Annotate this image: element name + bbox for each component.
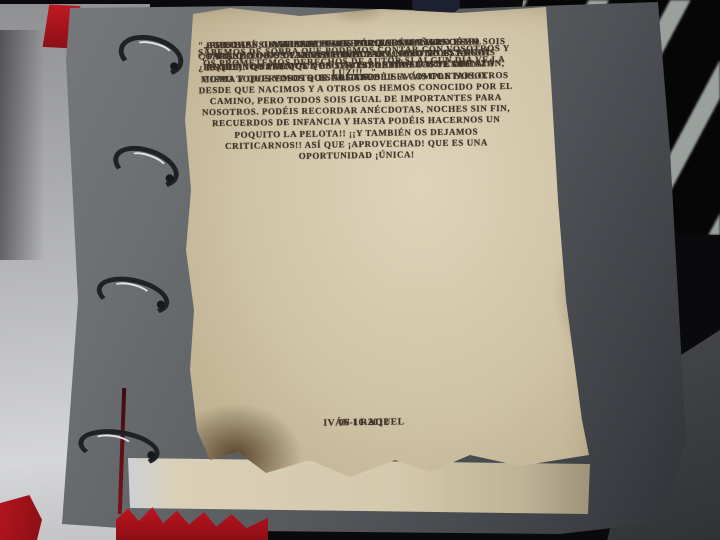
ring-highlight xyxy=(132,38,175,64)
left-edge-shadow xyxy=(0,30,44,260)
photo-ring-bound-guestbook: "... MUCHAS GRACIAS A TODOS POR ACOMPAÑA… xyxy=(0,0,720,540)
ring-hole-end xyxy=(165,173,175,183)
signature-date: 06-10-2012 xyxy=(339,418,389,429)
ring-highlight xyxy=(110,279,153,304)
parchment-page: "... MUCHAS GRACIAS A TODOS POR ACOMPAÑA… xyxy=(150,0,600,530)
ring-hole-end xyxy=(169,61,179,71)
ring-hole-end xyxy=(147,451,156,460)
signature-line: IVÁN I RAQUEL 06-10-2012 xyxy=(198,416,530,421)
ring-hole-end xyxy=(156,300,166,310)
page-text: "... MUCHAS GRACIAS A TODOS POR ACOMPAÑA… xyxy=(198,36,530,41)
page-paragraph: SABEMOS DE SOBRA QUE PODEMOS CONTAR CON … xyxy=(198,43,510,81)
ring-highlight xyxy=(92,432,134,454)
